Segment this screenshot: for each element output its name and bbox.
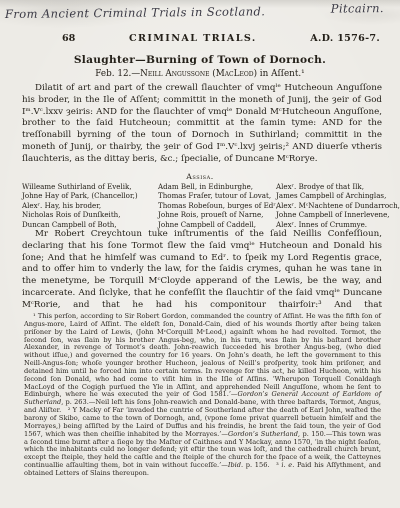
assisa-column-2: Adam Bell, in Edinburghe, Thomas Fraſer,…	[158, 182, 276, 229]
accused-name: Neill Angussone (MacLeod)	[140, 69, 257, 79]
assisa-name: Alexʳ. Brodye of that Ilk,	[276, 182, 400, 191]
page-number: 68	[62, 33, 75, 44]
footnote-text: ¹ This perſon, according to Sir Robert G…	[24, 312, 381, 398]
assisa-name: Johne Hay of Park, (Chancellor,)	[22, 191, 158, 200]
case-date-line: Feb. 12.—Neill Angussone (MacLeod) in Aſ…	[0, 69, 400, 79]
assisa-heading: Assisa.	[0, 172, 400, 181]
footnotes-block: ¹ This perſon, according to Sir Robert G…	[24, 313, 381, 478]
assisa-name: Alexʳ. MᶜNachtene of Dundarroch,	[276, 201, 400, 210]
footnote-citation: i. e.	[281, 461, 294, 469]
assisa-name: Duncan Campbell of Both,	[22, 220, 158, 229]
assisa-name: James Campbell of Archinglas,	[276, 191, 400, 200]
handwritten-note-author: Pitcairn.	[331, 1, 384, 16]
assisa-name: Johne Rois, proueſt of Narne,	[158, 210, 276, 219]
running-header: 68 CRIMINAL TRIALS. A.D. 1576-7.	[22, 33, 380, 44]
case-date: Feb. 12.—	[95, 69, 140, 79]
footnote-citation: Ibid.	[228, 461, 243, 469]
handwritten-note-source: From Ancient Criminal Trials in Scotland…	[5, 4, 265, 21]
running-title: CRIMINAL TRIALS.	[75, 33, 310, 44]
assisa-name: Alexʳ. Innes of Crummye.	[276, 220, 400, 229]
assisa-column-1: Willeame Suthirland of Evelik, Johne Hay…	[22, 182, 158, 229]
assisa-column-3: Alexʳ. Brodye of that Ilk, James Campbel…	[276, 182, 400, 229]
assisa-name: Johne Campbell of Innerlevene,	[276, 210, 400, 219]
assisa-name: Willeame Suthirland of Evelik,	[22, 182, 158, 191]
running-date: A.D. 1576-7.	[310, 33, 380, 44]
footnote-text: p. 156. ³	[243, 461, 281, 469]
assisa-name: Johne Campbell of Caddell,	[158, 220, 276, 229]
assisa-name: Alexʳ. Hay, his broder,	[22, 201, 158, 210]
confession-paragraph: Mr Robert Creychtoun tuke inſtrumentis o…	[22, 229, 382, 312]
assisa-jury-list: Willeame Suthirland of Evelik, Johne Hay…	[22, 182, 384, 229]
assisa-name: Nicholas Rois of Dunſkeith,	[22, 210, 158, 219]
footnote-citation: Gordon’s Sutherland,	[228, 430, 300, 438]
case-title: Slaughter—Burning of Town of Dornoch.	[0, 54, 400, 66]
case-venue: in Aſſent.¹	[257, 69, 305, 79]
handwritten-annotation: From Ancient Criminal Trials in Scotland…	[0, 1, 400, 29]
assisa-name: Adam Bell, in Edinburghe,	[158, 182, 276, 191]
assisa-name: Thomas Fraſer, tutour of Lovat,	[158, 191, 276, 200]
indictment-paragraph: Dilatit of art and part of the crewall ſ…	[22, 83, 382, 166]
assisa-name: Thomas Robeſoun, burges of Edʳ,	[158, 201, 276, 210]
